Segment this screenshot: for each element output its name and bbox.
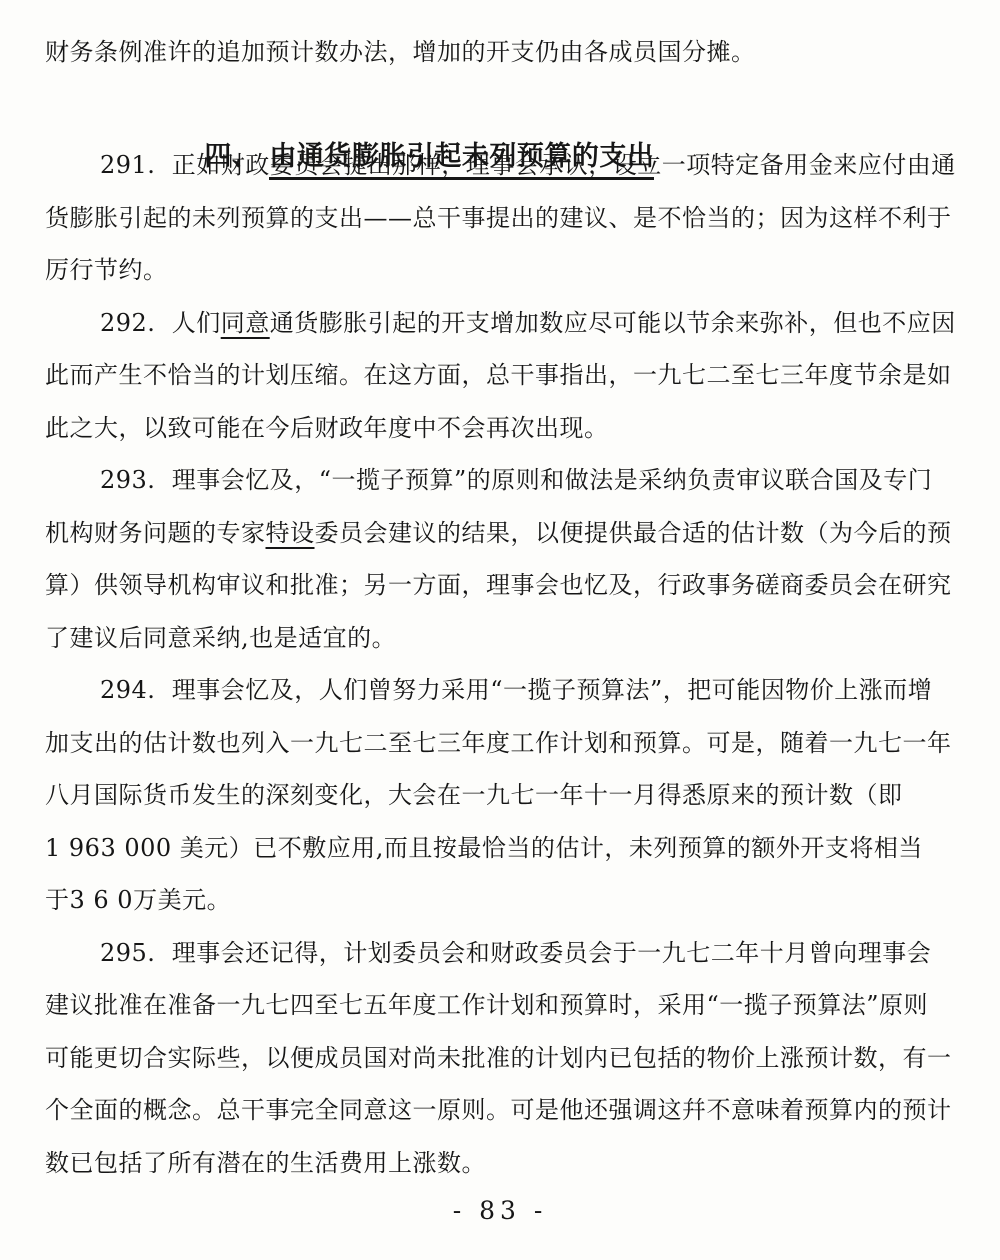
paragraph-line: 1 963 000 美元）已不敷应用,而且按最恰当的估计，未列预算的额外开支将相… [45,822,970,875]
paragraph-first-line: 292. 人们同意通货膨胀引起的开支增加数应尽可能以节余来弥补，但也不应因 [45,297,970,350]
paragraph-line: 个全面的概念。总干事完全同意这一原则。可是他还强调这幷不意味着预算内的预计 [45,1084,970,1137]
text-run: 数已包括了所有潜在的生活费用上涨数。 [45,1149,486,1177]
paragraph-container: 291. 正如财政委员会提出那样，理事会承认，设立一项特定备用金来应付由通货膨胀… [45,139,970,1189]
text-run: 293. 理事会忆及，“一揽子预算”的原则和做法是采纳负责审议联合国及专门 [100,466,932,494]
paragraph-line: 货膨胀引起的未列预算的支出——总干事提出的建议、是不恰当的；因为这样不利于 [45,192,970,245]
paragraph-line: 机构财务问题的专家特设委员会建议的结果，以便提供最合适的估计数（为今后的预 [45,507,970,560]
paragraph-line: 此之大，以致可能在今后财政年度中不会再次出现。 [45,402,970,455]
section-heading: 四、由通货膨胀引起未列预算的支出 [45,79,970,132]
paragraph-first-line: 295. 理事会还记得，计划委员会和财政委员会于一九七二年十月曾向理事会 [45,927,970,980]
paragraph-line: 于3 6 0万美元。 [45,874,970,927]
paragraph-line: 八月国际货币发生的深刻变化，大会在一九七一年十一月得悉原来的预计数（即 [45,769,970,822]
paragraph-line: 算）供领导机构审议和批准；另一方面，理事会也忆及，行政事务磋商委员会在研究 [45,559,970,612]
text-run: 委员会建议的结果，以便提供最合适的估计数（为今后的预 [315,519,952,547]
text-run: 294. 理事会忆及，人们曾努力采用“一揽子预算法”，把可能因物价上涨而增 [100,676,932,704]
intro-line: 财务条例准许的追加预计数办法，增加的开支仍由各成员国分摊。 [45,26,970,79]
paragraph-line: 此而产生不恰当的计划压缩。在这方面，总干事指出，一九七二至七三年度节余是如 [45,349,970,402]
text-run: 1 963 000 美元）已不敷应用,而且按最恰当的估计，未列预算的额外开支将相… [45,834,923,862]
text-run: 八月国际货币发生的深刻变化，大会在一九七一年十一月得悉原来的预计数（即 [45,781,903,809]
paragraph-line: 厉行节约。 [45,244,970,297]
paragraph-line: 建议批准在准备一九七四至七五年度工作计划和预算时，采用“一揽子预算法”原则 [45,979,970,1032]
text-run: 货膨胀引起的未列预算的支出——总干事提出的建议、是不恰当的；因为这样不利于 [45,204,952,232]
text-run: 此之大，以致可能在今后财政年度中不会再次出现。 [45,414,609,442]
paragraph-line: 加支出的估计数也列入一九七二至七三年度工作计划和预算。可是，随着一九七一年 [45,717,970,770]
text-run: 292. 人们 [100,309,221,337]
underlined-text-run: 特设 [266,519,315,547]
paragraph-first-line: 293. 理事会忆及，“一揽子预算”的原则和做法是采纳负责审议联合国及专门 [45,454,970,507]
page-number: - 83 - [0,1196,1000,1225]
text-run: 建议批准在准备一九七四至七五年度工作计划和预算时，采用“一揽子预算法”原则 [45,991,928,1019]
text-run: 机构财务问题的专家 [45,519,266,547]
text-run: 可能更切合实际些，以便成员国对尚未批准的计划内已包括的物价上涨预计数，有一 [45,1044,952,1072]
underlined-text-run: 同意 [221,309,270,337]
paragraph-first-line: 291. 正如财政委员会提出那样，理事会承认，设立一项特定备用金来应付由通 [45,139,970,192]
text-run: 厉行节约。 [45,256,168,284]
text-run: 通货膨胀引起的开支增加数应尽可能以节余来弥补，但也不应因 [270,309,956,337]
document-content: 财务条例准许的追加预计数办法，增加的开支仍由各成员国分摊。 四、由通货膨胀引起未… [45,26,970,1189]
paragraph-line: 可能更切合实际些，以便成员国对尚未批准的计划内已包括的物价上涨预计数，有一 [45,1032,970,1085]
text-run: 295. 理事会还记得，计划委员会和财政委员会于一九七二年十月曾向理事会 [100,939,931,967]
text-run: 此而产生不恰当的计划压缩。在这方面，总干事指出，一九七二至七三年度节余是如 [45,361,952,389]
text-run: 个全面的概念。总干事完全同意这一原则。可是他还强调这幷不意味着预算内的预计 [45,1096,952,1124]
text-run: 了建议后同意采纳,也是适宜的。 [45,624,396,652]
text-run: 算）供领导机构审议和批准；另一方面，理事会也忆及，行政事务磋商委员会在研究 [45,571,952,599]
text-run: 291. 正如财政委员会提出那样，理事会承认，设立一项特定备用金来应付由通 [100,151,956,179]
text-run: 加支出的估计数也列入一九七二至七三年度工作计划和预算。可是，随着一九七一年 [45,729,952,757]
paragraph-first-line: 294. 理事会忆及，人们曾努力采用“一揽子预算法”，把可能因物价上涨而增 [45,664,970,717]
paragraph-line: 数已包括了所有潜在的生活费用上涨数。 [45,1137,970,1190]
paragraph-line: 了建议后同意采纳,也是适宜的。 [45,612,970,665]
document-page: 财务条例准许的追加预计数办法，增加的开支仍由各成员国分摊。 四、由通货膨胀引起未… [0,0,1000,1260]
text-run: 于3 6 0万美元。 [45,886,231,914]
